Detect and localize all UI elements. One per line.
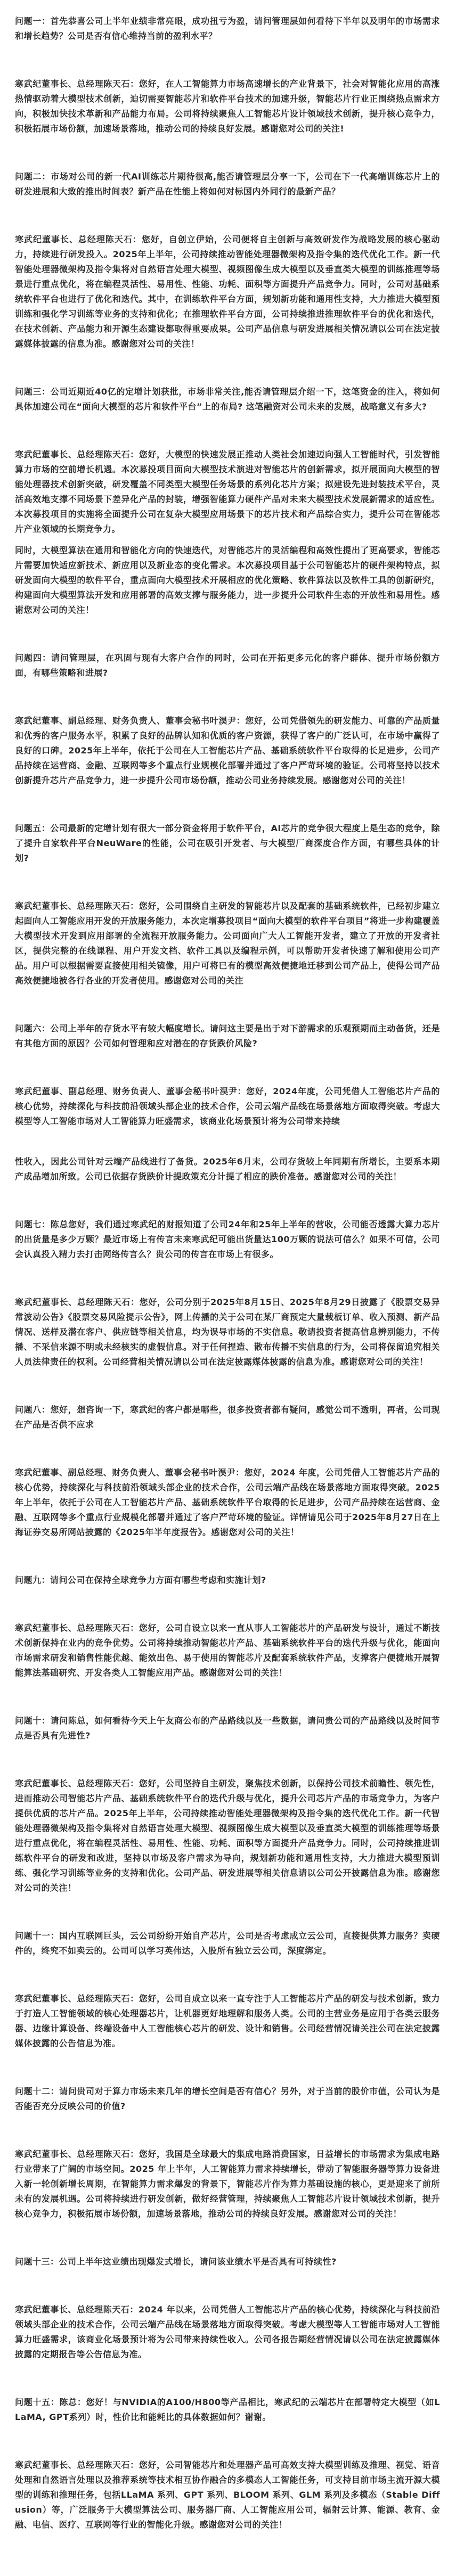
answer-3-paragraph-1: 寒武纪董事长、总经理陈天石：您好，大模型的快速发展正推动人类社会加速迈向强人工智… bbox=[15, 447, 440, 537]
question-5: 问题五：公司最新的定增计划有很大一部分资金将用于软件平台，AI芯片的竞争很大程度… bbox=[15, 821, 440, 866]
answer-9-paragraph: 寒武纪董事长、总经理陈天石：您好，公司自设立以来一直从事人工智能芯片的产品研发与… bbox=[15, 1621, 440, 1680]
qa-document: 问题一：首先恭喜公司上半年业绩非常亮眼，成功扭亏为盈，请问管理层如何看待下半年以… bbox=[0, 0, 456, 2576]
answer-2: 寒武纪董事长、总经理陈天石：您好，自创立伊始，公司便将自主创新与高效研发作为战略… bbox=[15, 232, 440, 351]
answer-11: 寒武纪董事长、总经理陈天石：您好，公司自成立以来一直专注于人工智能芯片产品的研发… bbox=[15, 1991, 440, 2051]
answer-7: 寒武纪董事长、总经理陈天石：您好，公司分别于2025年8月15日、2025年8月… bbox=[15, 1295, 440, 1369]
qa-block-10: 问题十：请问陈总，如何看待今天上午友商公布的产品路线以及一些数据，请问贵公司的产… bbox=[15, 1713, 440, 1896]
qa-block-7: 问题七：陈总您好，我们通过寒武纪的财报知道了公司24年和25年上半年的营收，公司… bbox=[15, 1217, 440, 1369]
qa-block-13: 问题十三：公司上半年这业绩出现爆发式增长，请问该业绩水平是否具有可持续性? 寒武… bbox=[15, 2254, 440, 2362]
question-10: 问题十：请问陈总，如何看待今天上午友商公布的产品路线以及一些数据，请问贵公司的产… bbox=[15, 1713, 440, 1743]
answer-13: 寒武纪董事长、总经理陈天石：2024 年以来，公司凭借人工智能芯片产品的核心优势… bbox=[15, 2302, 440, 2362]
question-15: 问题十五：陈总：您好！与NVIDIA的A100/H800等产品相比，寒武纪的云端… bbox=[15, 2395, 440, 2425]
question-12: 问题十二：请问贵司对于算力市场未来几年的增长空间是否有信心？另外，对于当前的股价… bbox=[15, 2084, 440, 2114]
question-4: 问题四：请问管理层，在巩固与现有大客户合作的同时，公司在开拓更多元化的客户群体、… bbox=[15, 651, 440, 680]
qa-block-9: 问题九：请问公司在保持全球竞争力方面有哪些考虑和实施计划? 寒武纪董事长、总经理… bbox=[15, 1573, 440, 1680]
qa-block-5: 问题五：公司最新的定增计划有很大一部分资金将用于软件平台，AI芯片的竞争很大程度… bbox=[15, 821, 440, 988]
answer-15: 寒武纪董事长、总经理陈天石：您好，公司智能芯片和处理器产品可高效支持大模型训练及… bbox=[15, 2458, 440, 2532]
question-11: 问题十一：国内互联网巨头，云公司纷纷开始自产芯片，公司是否考虑成立云公司，直接提… bbox=[15, 1929, 440, 1958]
question-8: 问题八：您好，想咨询一下，寒武纪的客户都是哪些，很多投资者都有疑问，感觉公司不透… bbox=[15, 1402, 440, 1432]
question-6: 问题六：公司上半年的存货水平有较大幅度增长。请问这主要是出于对下游需求的乐观预期… bbox=[15, 1021, 440, 1051]
answer-1: 寒武纪董事长、总经理陈天石：您好，在人工智能算力市场高速增长的产业背景下，社会对… bbox=[15, 77, 440, 136]
qa-block-2: 问题二：市场对公司的新一代AI训练芯片期待很高,能否请管理层分享一下，公司在下一… bbox=[15, 169, 440, 351]
qa-block-8: 问题八：您好，想咨询一下，寒武纪的客户都是哪些，很多投资者都有疑问，感觉公司不透… bbox=[15, 1402, 440, 1540]
answer-12-paragraph: 寒武纪董事长、总经理陈天石：您好，我国是全球最大的集成电路消费国家，日益增长的市… bbox=[15, 2147, 440, 2221]
answer-7-paragraph: 寒武纪董事长、总经理陈天石：您好，公司分别于2025年8月15日、2025年8月… bbox=[15, 1295, 440, 1369]
answer-8-paragraph: 寒武纪董事、副总经理、财务负责人、董事会秘书叶淏尹：您好，2024 年度，公司凭… bbox=[15, 1465, 440, 1540]
qa-block-11: 问题十一：国内互联网巨头，云公司纷纷开始自产芯片，公司是否考虑成立云公司，直接提… bbox=[15, 1929, 440, 2051]
answer-10: 寒武纪董事长、总经理陈天石：您好，公司坚持自主研发，聚焦技术创新，以保持公司技术… bbox=[15, 1776, 440, 1896]
question-9: 问题九：请问公司在保持全球竞争力方面有哪些考虑和实施计划? bbox=[15, 1573, 440, 1588]
answer-5: 寒武纪董事长、总经理陈天石：您好，公司围绕自主研发的智能芯片以及配套的基础系统软… bbox=[15, 899, 440, 988]
answer-3-paragraph-2: 同时，大模型算法在通用和智能化方向的快速迭代，对智能芯片的灵活编程和高效性提出了… bbox=[15, 543, 440, 618]
qa-block-15: 问题十五：陈总：您好！与NVIDIA的A100/H800等产品相比，寒武纪的云端… bbox=[15, 2395, 440, 2532]
qa-block-3: 问题三：公司近期近40亿的定增计划获批，市场非常关注,能否请管理层介绍一下，这笔… bbox=[15, 384, 440, 618]
answer-8: 寒武纪董事、副总经理、财务负责人、董事会秘书叶淏尹：您好，2024 年度，公司凭… bbox=[15, 1465, 440, 1540]
qa-block-12: 问题十二：请问贵司对于算力市场未来几年的增长空间是否有信心？另外，对于当前的股价… bbox=[15, 2084, 440, 2221]
question-13: 问题十三：公司上半年这业绩出现爆发式增长，请问该业绩水平是否具有可持续性? bbox=[15, 2254, 440, 2269]
answer-13-paragraph: 寒武纪董事长、总经理陈天石：2024 年以来，公司凭借人工智能芯片产品的核心优势… bbox=[15, 2302, 440, 2362]
qa-block-4: 问题四：请问管理层，在巩固与现有大客户合作的同时，公司在开拓更多元化的客户群体、… bbox=[15, 651, 440, 788]
question-1: 问题一：首先恭喜公司上半年业绩非常亮眼，成功扭亏为盈，请问管理层如何看待下半年以… bbox=[15, 14, 440, 44]
answer-3: 寒武纪董事长、总经理陈天石：您好，大模型的快速发展正推动人类社会加速迈向强人工智… bbox=[15, 447, 440, 618]
answer-6-paragraph-2: 性收入，因此公司针对云端产品线进行了备货。2025年6月末，公司存货较上年同期有… bbox=[15, 1154, 440, 1184]
answer-12: 寒武纪董事长、总经理陈天石：您好，我国是全球最大的集成电路消费国家，日益增长的市… bbox=[15, 2147, 440, 2221]
question-2: 问题二：市场对公司的新一代AI训练芯片期待很高,能否请管理层分享一下，公司在下一… bbox=[15, 169, 440, 199]
answer-1-paragraph: 寒武纪董事长、总经理陈天石：您好，在人工智能算力市场高速增长的产业背景下，社会对… bbox=[15, 77, 440, 136]
answer-9: 寒武纪董事长、总经理陈天石：您好，公司自设立以来一直从事人工智能芯片的产品研发与… bbox=[15, 1621, 440, 1680]
answer-6: 寒武纪董事、副总经理、财务负责人、董事会秘书叶淏尹：您好，2024年度，公司凭借… bbox=[15, 1084, 440, 1184]
answer-11-paragraph: 寒武纪董事长、总经理陈天石：您好，公司自成立以来一直专注于人工智能芯片产品的研发… bbox=[15, 1991, 440, 2051]
question-3: 问题三：公司近期近40亿的定增计划获批，市场非常关注,能否请管理层介绍一下，这笔… bbox=[15, 384, 440, 414]
answer-4: 寒武纪董事、副总经理、财务负责人、董事会秘书叶淏尹：您好，公司凭借领先的研发能力… bbox=[15, 713, 440, 788]
qa-block-6: 问题六：公司上半年的存货水平有较大幅度增长。请问这主要是出于对下游需求的乐观预期… bbox=[15, 1021, 440, 1184]
answer-6-paragraph-1: 寒武纪董事、副总经理、财务负责人、董事会秘书叶淏尹：您好，2024年度，公司凭借… bbox=[15, 1084, 440, 1129]
answer-15-paragraph: 寒武纪董事长、总经理陈天石：您好，公司智能芯片和处理器产品可高效支持大模型训练及… bbox=[15, 2458, 440, 2532]
answer-2-paragraph: 寒武纪董事长、总经理陈天石：您好，自创立伊始，公司便将自主创新与高效研发作为战略… bbox=[15, 232, 440, 351]
answer-10-paragraph: 寒武纪董事长、总经理陈天石：您好，公司坚持自主研发，聚焦技术创新，以保持公司技术… bbox=[15, 1776, 440, 1896]
answer-5-paragraph: 寒武纪董事长、总经理陈天石：您好，公司围绕自主研发的智能芯片以及配套的基础系统软… bbox=[15, 899, 440, 988]
qa-block-1: 问题一：首先恭喜公司上半年业绩非常亮眼，成功扭亏为盈，请问管理层如何看待下半年以… bbox=[15, 14, 440, 136]
answer-4-paragraph: 寒武纪董事、副总经理、财务负责人、董事会秘书叶淏尹：您好，公司凭借领先的研发能力… bbox=[15, 713, 440, 788]
question-7: 问题七：陈总您好，我们通过寒武纪的财报知道了公司24年和25年上半年的营收，公司… bbox=[15, 1217, 440, 1262]
